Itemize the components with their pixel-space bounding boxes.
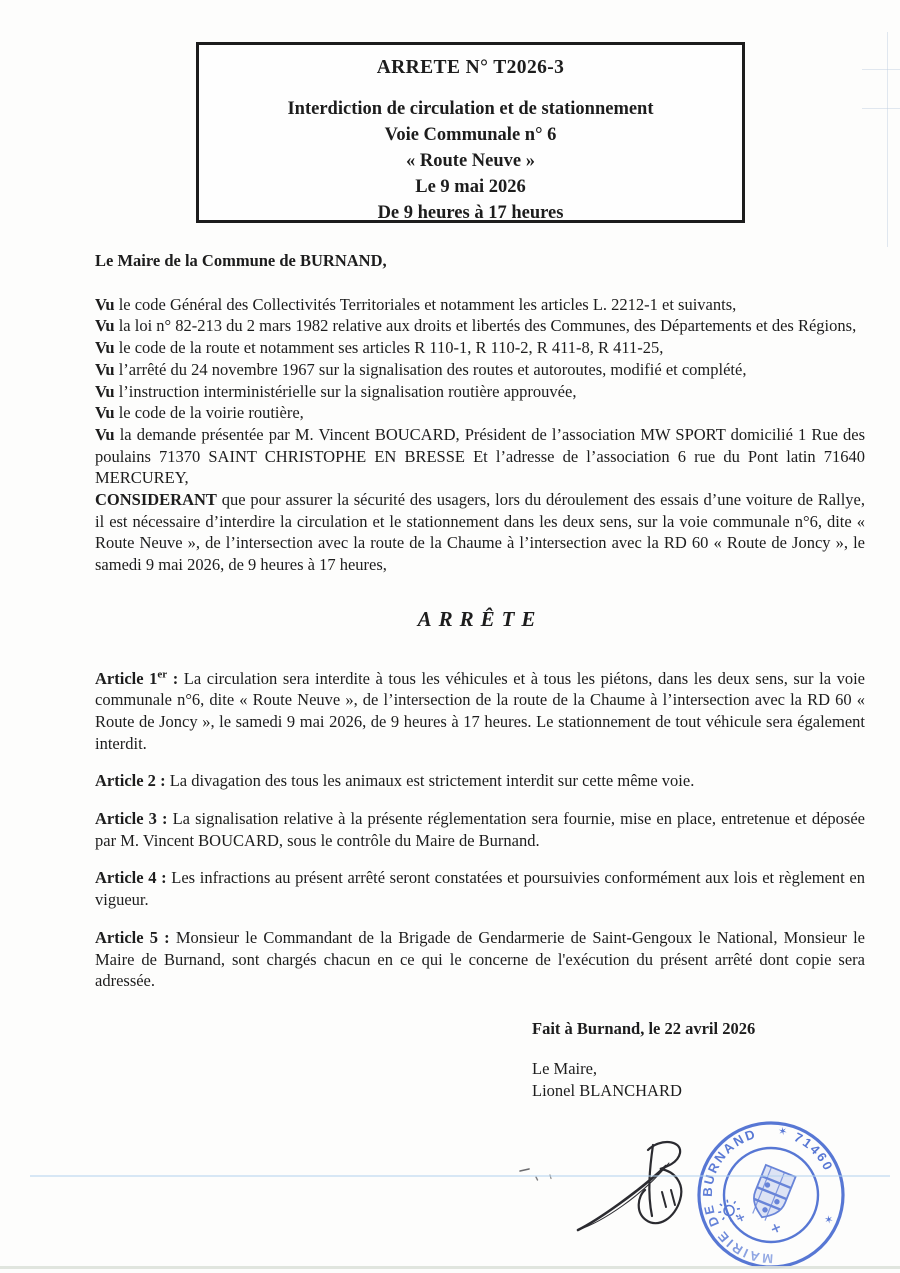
article-body: Les infractions au présent arrêté seront… <box>95 868 865 909</box>
article-2: Article 2 : La divagation des tous les a… <box>95 770 865 792</box>
handwritten-signature <box>512 1136 702 1241</box>
vu-text: le code Général des Collectivités Territ… <box>119 295 737 314</box>
scan-edge-artifact <box>862 108 900 109</box>
vu-clause: Vu la demande présentée par M. Vincent B… <box>95 424 865 489</box>
closing-block: Fait à Burnand, le 22 avril 2026 Le Mair… <box>532 1018 865 1102</box>
decree-hours-line: De 9 heures à 17 heures <box>199 200 742 226</box>
vu-prefix: Vu <box>95 403 115 422</box>
scan-artifact-line <box>30 1175 890 1177</box>
scanned-decree-page: ARRETE N° T2026-3 Interdiction de circul… <box>0 0 900 1273</box>
article-label: Article 2 : <box>95 771 166 790</box>
article-label: Article 1er : <box>95 669 178 688</box>
ordinal-suffix: er <box>157 668 167 680</box>
closing-place-date: Fait à Burnand, le 22 avril 2026 <box>532 1018 865 1040</box>
signer-role: Le Maire, <box>532 1058 865 1080</box>
article-5: Article 5 : Monsieur le Commandant de la… <box>95 927 865 992</box>
scan-bottom-edge <box>0 1266 900 1269</box>
article-3: Article 3 : La signalisation relative à … <box>95 808 865 851</box>
arrete-heading: ARRÊTE <box>95 609 865 631</box>
vu-prefix: Vu <box>95 425 115 444</box>
stamp-star-bottom-icon: ✶ <box>823 1214 834 1227</box>
article-body: La circulation sera interdite à tous les… <box>95 669 865 753</box>
considerant-clause: CONSIDERANT que pour assurer la sécurité… <box>95 489 865 576</box>
article-label: Article 4 : <box>95 868 167 887</box>
article-1: Article 1er : La circulation sera interd… <box>95 668 865 755</box>
stamp-star-top-icon: ✶ <box>777 1125 788 1138</box>
scan-edge-artifact <box>887 32 888 247</box>
vu-clause: Vu le code de la voirie routière, <box>95 402 865 424</box>
article-body: La divagation des tous les animaux est s… <box>170 771 695 790</box>
vu-clause: Vu l’arrêté du 24 novembre 1967 sur la s… <box>95 359 865 381</box>
vu-clause: Vu la loi n° 82-213 du 2 mars 1982 relat… <box>95 315 865 337</box>
vu-clause: Vu le code Général des Collectivités Ter… <box>95 294 865 316</box>
vu-clause: Vu le code de la route et notamment ses … <box>95 337 865 359</box>
vu-prefix: Vu <box>95 316 115 335</box>
vu-prefix: Vu <box>95 382 115 401</box>
vu-text: la loi n° 82-213 du 2 mars 1982 relative… <box>119 316 857 335</box>
decree-road-name-line: « Route Neuve » <box>199 148 742 174</box>
signature-scribble <box>520 1142 681 1230</box>
article-body: La signalisation relative à la présente … <box>95 809 865 850</box>
article-label: Article 3 : <box>95 809 167 828</box>
vu-text: le code de la voirie routière, <box>119 403 304 422</box>
vu-prefix: Vu <box>95 295 115 314</box>
decree-road-line: Voie Communale n° 6 <box>199 122 742 148</box>
article-body: Monsieur le Commandant de la Brigade de … <box>95 928 865 990</box>
stamp-crest <box>737 1163 799 1235</box>
considerant-label: CONSIDERANT <box>95 490 217 509</box>
article-label: Article 5 : <box>95 928 170 947</box>
decree-header-box: ARRETE N° T2026-3 Interdiction de circul… <box>196 42 745 223</box>
scan-edge-artifact <box>862 69 900 70</box>
decree-body: Le Maire de la Commune de BURNAND, Vu le… <box>95 250 865 1102</box>
salutation: Le Maire de la Commune de BURNAND, <box>95 250 865 272</box>
mairie-round-stamp: MAIRIE DE BURNAND 71460 ✶ ✶ <box>693 1117 849 1273</box>
signer-name: Lionel BLANCHARD <box>532 1080 865 1102</box>
vu-text: la demande présentée par M. Vincent BOUC… <box>95 425 865 487</box>
vu-prefix: Vu <box>95 338 115 357</box>
article-4: Article 4 : Les infractions au présent a… <box>95 867 865 910</box>
vu-prefix: Vu <box>95 360 115 379</box>
vu-clause: Vu l’instruction interministérielle sur … <box>95 381 865 403</box>
vu-text: l’instruction interministérielle sur la … <box>119 382 577 401</box>
decree-subject-line: Interdiction de circulation et de statio… <box>199 96 742 122</box>
decree-number: ARRETE N° T2026-3 <box>199 56 742 80</box>
decree-date-line: Le 9 mai 2026 <box>199 174 742 200</box>
vu-text: l’arrêté du 24 novembre 1967 sur la sign… <box>119 360 747 379</box>
vu-text: le code de la route et notamment ses art… <box>119 338 664 357</box>
